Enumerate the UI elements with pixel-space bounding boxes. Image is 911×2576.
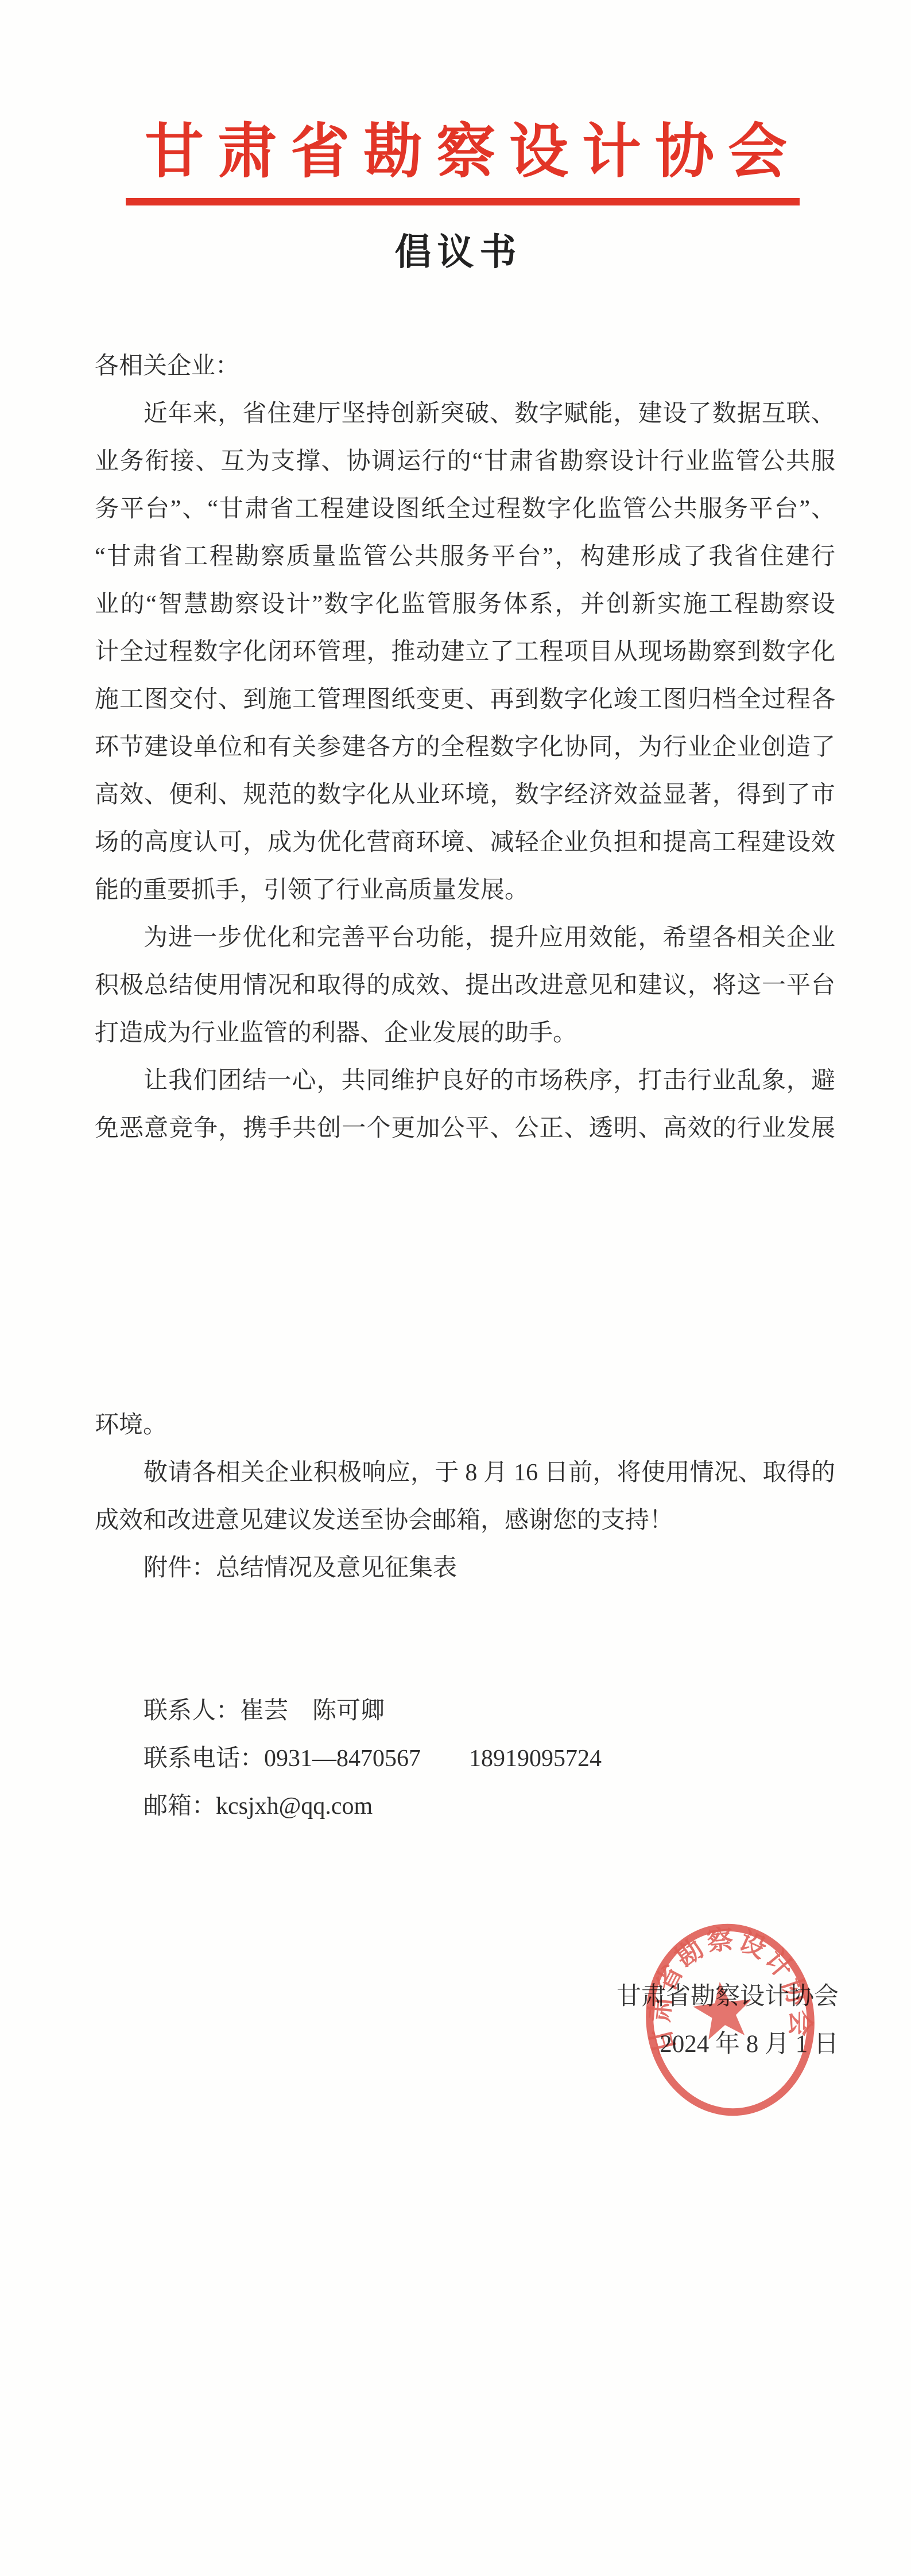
body-line-text: 成效和改进意见建议发送至协会邮箱，感谢您的支持！	[95, 1507, 673, 1534]
body-line-text: 业务衔接、互为支撑、协调运行的“甘肃省勘察设计行业监管公共服	[95, 448, 835, 475]
body-line: 为进一步优化和完善平台功能，提升应用效能，希望各相关企业	[95, 914, 835, 962]
body-line-text: 免恶意竞争，携手共创一个更加公平、公正、透明、高效的行业发展	[95, 1115, 835, 1142]
body-line-text: 让我们团结一心，共同维护良好的市场秩序，打击行业乱象，避	[144, 1068, 835, 1094]
doc-title: 倡议书	[0, 228, 911, 277]
letterhead-org-title: 甘肃省勘察设计协会	[10, 118, 911, 186]
body-line-text: 环节建设单位和有关参建各方的全程数字化协同，为行业企业创造了	[95, 734, 835, 761]
body-line: 计全过程数字化闭环管理，推动建立了工程项目从现场勘察到数字化	[95, 629, 835, 676]
body-line-text: 场的高度认可，成为优化营商环境、减轻企业负担和提高工程建设效	[95, 829, 835, 856]
body-line-text: 环境。	[95, 1412, 167, 1438]
body-line: 场的高度认可，成为优化营商环境、减轻企业负担和提高工程建设效	[95, 819, 835, 867]
contact-line-text: 联系人：崔芸 陈可卿	[144, 1698, 385, 1724]
seal-ring-text: 甘肃省勘察设计协会	[634, 1915, 819, 2059]
contact-info-block: 联系人：崔芸 陈可卿联系电话：0931—8470567 18919095724邮…	[95, 1687, 835, 1830]
body-line-text: 能的重要抓手，引领了行业高质量发展。	[95, 877, 529, 903]
body-line-text: 附件：总结情况及意见征集表	[144, 1555, 457, 1581]
body-line: 施工图交付、到施工管理图纸变更、再到数字化竣工图归档全过程各	[95, 676, 835, 724]
body-line: 各相关企业：	[95, 343, 835, 390]
body-line-text: 为进一步优化和完善平台功能，提升应用效能，希望各相关企业	[144, 925, 835, 951]
body-line: 成效和改进意见建议发送至协会邮箱，感谢您的支持！	[95, 1497, 835, 1545]
body-line: 业的“智慧勘察设计”数字化监管服务体系，并创新实施工程勘察设	[95, 581, 835, 629]
body-line: 打造成为行业监管的利器、企业发展的助手。	[95, 1010, 835, 1057]
body-line-text: 近年来，省住建厅坚持创新突破、数字赋能，建设了数据互联、	[144, 401, 835, 427]
body-line-text: 敬请各相关企业积极响应，于 8 月 16 日前，将使用情况、取得的	[144, 1460, 835, 1486]
body-line: 近年来，省住建厅坚持创新突破、数字赋能，建设了数据互联、	[95, 390, 835, 438]
body-line: 附件：总结情况及意见征集表	[95, 1545, 835, 1592]
body-line-text: 业的“智慧勘察设计”数字化监管服务体系，并创新实施工程勘察设	[95, 591, 835, 618]
body-line-text: 积极总结使用情况和取得的成效、提出改进意见和建议，将这一平台	[95, 972, 835, 999]
seal-star-icon	[691, 1978, 756, 2041]
body-line-text: 打造成为行业监管的利器、企业发展的助手。	[95, 1020, 577, 1046]
body-line-text: 高效、便利、规范的数字化从业环境，数字经济效益显著，得到了市	[95, 782, 835, 808]
body-line: 业务衔接、互为支撑、协调运行的“甘肃省勘察设计行业监管公共服	[95, 438, 835, 486]
body-line-text: 计全过程数字化闭环管理，推动建立了工程项目从现场勘察到数字化	[95, 639, 835, 665]
body-text-page1: 各相关企业：近年来，省住建厅坚持创新突破、数字赋能，建设了数据互联、业务衔接、互…	[95, 343, 835, 1153]
contact-line-text: 联系电话：0931—8470567 18919095724	[144, 1745, 602, 1772]
body-line: 敬请各相关企业积极响应，于 8 月 16 日前，将使用情况、取得的	[95, 1449, 835, 1497]
contact-line: 联系人：崔芸 陈可卿	[95, 1687, 835, 1735]
body-line-text: 施工图交付、到施工管理图纸变更、再到数字化竣工图归档全过程各	[95, 686, 835, 713]
body-line-text: 各相关企业：	[95, 353, 239, 379]
body-line: 高效、便利、规范的数字化从业环境，数字经济效益显著，得到了市	[95, 771, 835, 819]
body-line-text: “甘肃省工程勘察质量监管公共服务平台”，构建形成了我省住建行	[95, 544, 835, 570]
contact-line: 邮箱：kcsjxh@qq.com	[95, 1783, 835, 1830]
official-seal: 甘肃省勘察设计协会	[634, 1913, 827, 2127]
body-line: 环境。	[95, 1402, 835, 1449]
body-line: 务平台”、“甘肃省工程建设图纸全过程数字化监管公共服务平台”、	[95, 486, 835, 533]
scanned-letter-page: 甘肃省勘察设计协会 倡议书 各相关企业：近年来，省住建厅坚持创新突破、数字赋能，…	[0, 0, 911, 2576]
contact-line: 联系电话：0931—8470567 18919095724	[95, 1735, 835, 1783]
letterhead-rule	[126, 198, 800, 205]
body-line: 让我们团结一心，共同维护良好的市场秩序，打击行业乱象，避	[95, 1057, 835, 1105]
body-line: 免恶意竞争，携手共创一个更加公平、公正、透明、高效的行业发展	[95, 1105, 835, 1153]
svg-text:甘肃省勘察设计协会: 甘肃省勘察设计协会	[634, 1915, 819, 2059]
body-line: 能的重要抓手，引领了行业高质量发展。	[95, 867, 835, 914]
body-line: “甘肃省工程勘察质量监管公共服务平台”，构建形成了我省住建行	[95, 533, 835, 581]
contact-line-text: 邮箱：kcsjxh@qq.com	[144, 1793, 373, 1820]
body-line-text: 务平台”、“甘肃省工程建设图纸全过程数字化监管公共服务平台”、	[95, 496, 835, 522]
body-text-page2: 环境。敬请各相关企业积极响应，于 8 月 16 日前，将使用情况、取得的成效和改…	[95, 1402, 835, 1592]
body-line: 环节建设单位和有关参建各方的全程数字化协同，为行业企业创造了	[95, 724, 835, 771]
body-line: 积极总结使用情况和取得的成效、提出改进意见和建议，将这一平台	[95, 962, 835, 1010]
